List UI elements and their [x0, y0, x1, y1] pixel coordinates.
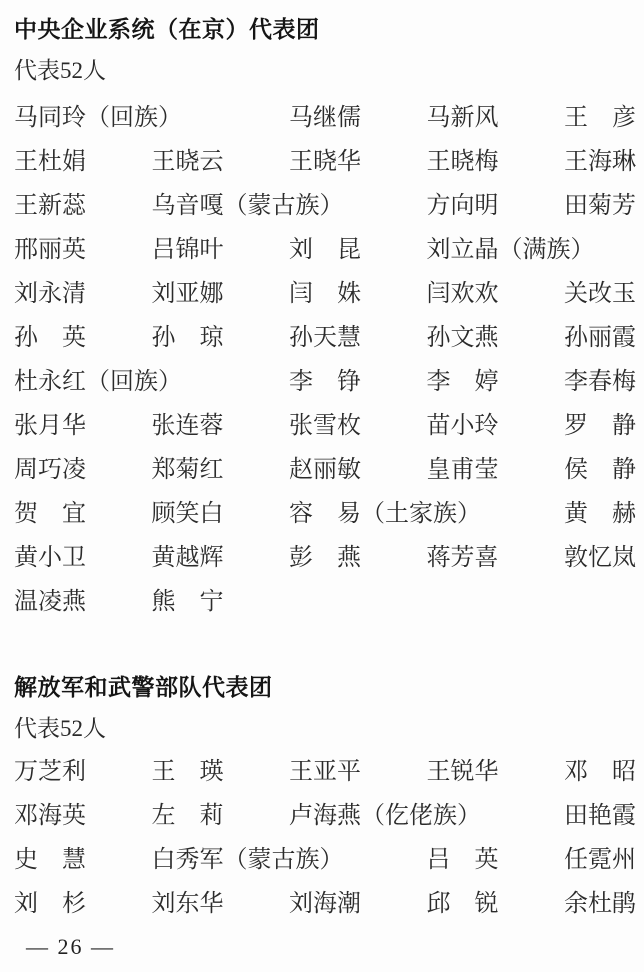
- delegate-name: 王新蕊: [14, 191, 152, 221]
- delegate-name: 孙 英: [14, 323, 152, 353]
- delegate-name: 万芝利: [14, 757, 152, 787]
- delegate-name: 刘永清: [14, 279, 152, 309]
- delegate-name: 张雪枚: [289, 411, 427, 441]
- delegate-name: 马新风: [427, 103, 565, 133]
- delegate-name: 李 铮: [289, 367, 427, 397]
- delegate-name: 敦忆岚: [564, 543, 636, 573]
- delegate-row: 贺 宜顾笑白容 易（土家族）黄 赫: [14, 492, 634, 536]
- delegate-name: 关改玉: [564, 279, 636, 309]
- delegate-name: 孙天慧: [289, 323, 427, 353]
- delegate-name: 闫 姝: [289, 279, 427, 309]
- delegate-name: 孙 琼: [152, 323, 290, 353]
- delegate-row: 邓海英左 莉卢海燕（仡佬族）田艳霞: [14, 794, 634, 838]
- delegate-name: 王亚平: [289, 757, 427, 787]
- delegate-name: 赵丽敏: [289, 455, 427, 485]
- delegate-name: 王晓云: [152, 147, 290, 177]
- delegate-name: 熊 宁: [152, 587, 290, 617]
- delegate-name: 刘 杉: [14, 889, 152, 919]
- delegate-name: 皇甫莹: [427, 455, 565, 485]
- delegate-name: 孙丽霞: [564, 323, 636, 353]
- delegate-row: 王杜娟王晓云王晓华王晓梅王海琳: [14, 140, 634, 184]
- delegate-name: 周巧凌: [14, 455, 152, 485]
- delegate-name: 侯 静: [564, 455, 636, 485]
- delegate-name: 乌音嘎（蒙古族）: [152, 191, 427, 221]
- delegate-name: 彭 燕: [289, 543, 427, 573]
- delegate-name: 李春梅: [564, 367, 636, 397]
- delegate-row: 万芝利王 瑛王亚平王锐华邓 昭: [14, 750, 634, 794]
- delegate-name: 史 慧: [14, 845, 152, 875]
- delegate-name: 余杜鹃: [564, 889, 636, 919]
- delegate-name: 邢丽英: [14, 235, 152, 265]
- delegate-name: 罗 静: [564, 411, 636, 441]
- delegate-name: 刘东华: [152, 889, 290, 919]
- delegate-name: 顾笑白: [152, 499, 290, 529]
- delegate-name: 郑菊红: [152, 455, 290, 485]
- delegate-name: 容 易（土家族）: [289, 499, 564, 529]
- delegate-row: 张月华张连蓉张雪枚苗小玲罗 静: [14, 404, 634, 448]
- delegate-name: 王杜娟: [14, 147, 152, 177]
- document-page: 中央企业系统（在京）代表团 代表52人 马同玲（回族）马继儒马新风王 彦王杜娟王…: [0, 0, 644, 972]
- delegate-name: 邓海英: [14, 801, 152, 831]
- delegate-name: 左 莉: [152, 801, 290, 831]
- delegate-name: 邓 昭: [564, 757, 636, 787]
- delegate-name: 刘亚娜: [152, 279, 290, 309]
- delegate-name: 刘海潮: [289, 889, 427, 919]
- delegate-row: 孙 英孙 琼孙天慧孙文燕孙丽霞: [14, 316, 634, 360]
- delegate-name: 黄越辉: [152, 543, 290, 573]
- delegate-name: 张连蓉: [152, 411, 290, 441]
- delegate-name: 吕 英: [427, 845, 565, 875]
- delegate-row: 马同玲（回族）马继儒马新风王 彦: [14, 96, 634, 140]
- delegate-name: 王晓梅: [427, 147, 565, 177]
- delegate-name: 田菊芳: [564, 191, 636, 221]
- page-number: — 26 —: [14, 934, 634, 960]
- delegate-name: 任霓州: [564, 845, 636, 875]
- delegate-row: 黄小卫黄越辉彭 燕蒋芳喜敦忆岚: [14, 536, 634, 580]
- delegate-row: 邢丽英吕锦叶刘 昆刘立晶（满族）: [14, 228, 634, 272]
- delegate-name: 蒋芳喜: [427, 543, 565, 573]
- delegate-name: 王 彦: [564, 103, 636, 133]
- delegate-name: 王晓华: [289, 147, 427, 177]
- delegate-name: 刘立晶（满族）: [427, 235, 635, 265]
- delegate-name: 马继儒: [289, 103, 427, 133]
- delegate-count: 代表52人: [14, 56, 634, 86]
- delegate-count: 代表52人: [14, 714, 634, 744]
- delegate-row: 周巧凌郑菊红赵丽敏皇甫莹侯 静: [14, 448, 634, 492]
- delegate-name: 张月华: [14, 411, 152, 441]
- delegate-name: 王锐华: [427, 757, 565, 787]
- delegate-name: 吕锦叶: [152, 235, 290, 265]
- delegate-name: 马同玲（回族）: [14, 103, 289, 133]
- delegate-name: 白秀军（蒙古族）: [152, 845, 427, 875]
- delegate-row: 王新蕊乌音嘎（蒙古族）方向明田菊芳: [14, 184, 634, 228]
- delegate-name: 王 瑛: [152, 757, 290, 787]
- delegate-name: 卢海燕（仡佬族）: [289, 801, 564, 831]
- delegate-name: 杜永红（回族）: [14, 367, 289, 397]
- delegate-name: 李 婷: [427, 367, 565, 397]
- delegate-row: 刘永清刘亚娜闫 姝闫欢欢关改玉: [14, 272, 634, 316]
- delegate-name: 黄小卫: [14, 543, 152, 573]
- section-title-central-enterprises: 中央企业系统（在京）代表团: [14, 14, 634, 44]
- delegate-name: 刘 昆: [289, 235, 427, 265]
- section-title-pla-armed-police: 解放军和武警部队代表团: [14, 672, 634, 702]
- delegate-name: 温凌燕: [14, 587, 152, 617]
- delegate-name: 苗小玲: [427, 411, 565, 441]
- delegate-row: 史 慧白秀军（蒙古族）吕 英任霓州: [14, 838, 634, 882]
- delegate-name: 闫欢欢: [427, 279, 565, 309]
- delegate-list-central-enterprises: 马同玲（回族）马继儒马新风王 彦王杜娟王晓云王晓华王晓梅王海琳王新蕊乌音嘎（蒙古…: [14, 96, 634, 624]
- delegate-name: 邱 锐: [427, 889, 565, 919]
- delegate-list-pla-armed-police: 万芝利王 瑛王亚平王锐华邓 昭邓海英左 莉卢海燕（仡佬族）田艳霞史 慧白秀军（蒙…: [14, 750, 634, 926]
- delegate-row: 杜永红（回族）李 铮李 婷李春梅: [14, 360, 634, 404]
- delegate-name: 孙文燕: [427, 323, 565, 353]
- delegate-name: 王海琳: [564, 147, 636, 177]
- delegate-name: 方向明: [427, 191, 565, 221]
- delegate-name: 贺 宜: [14, 499, 152, 529]
- delegate-name: 黄 赫: [564, 499, 636, 529]
- delegate-row: 温凌燕熊 宁: [14, 580, 634, 624]
- delegate-name: 田艳霞: [564, 801, 636, 831]
- delegate-row: 刘 杉刘东华刘海潮邱 锐余杜鹃: [14, 882, 634, 926]
